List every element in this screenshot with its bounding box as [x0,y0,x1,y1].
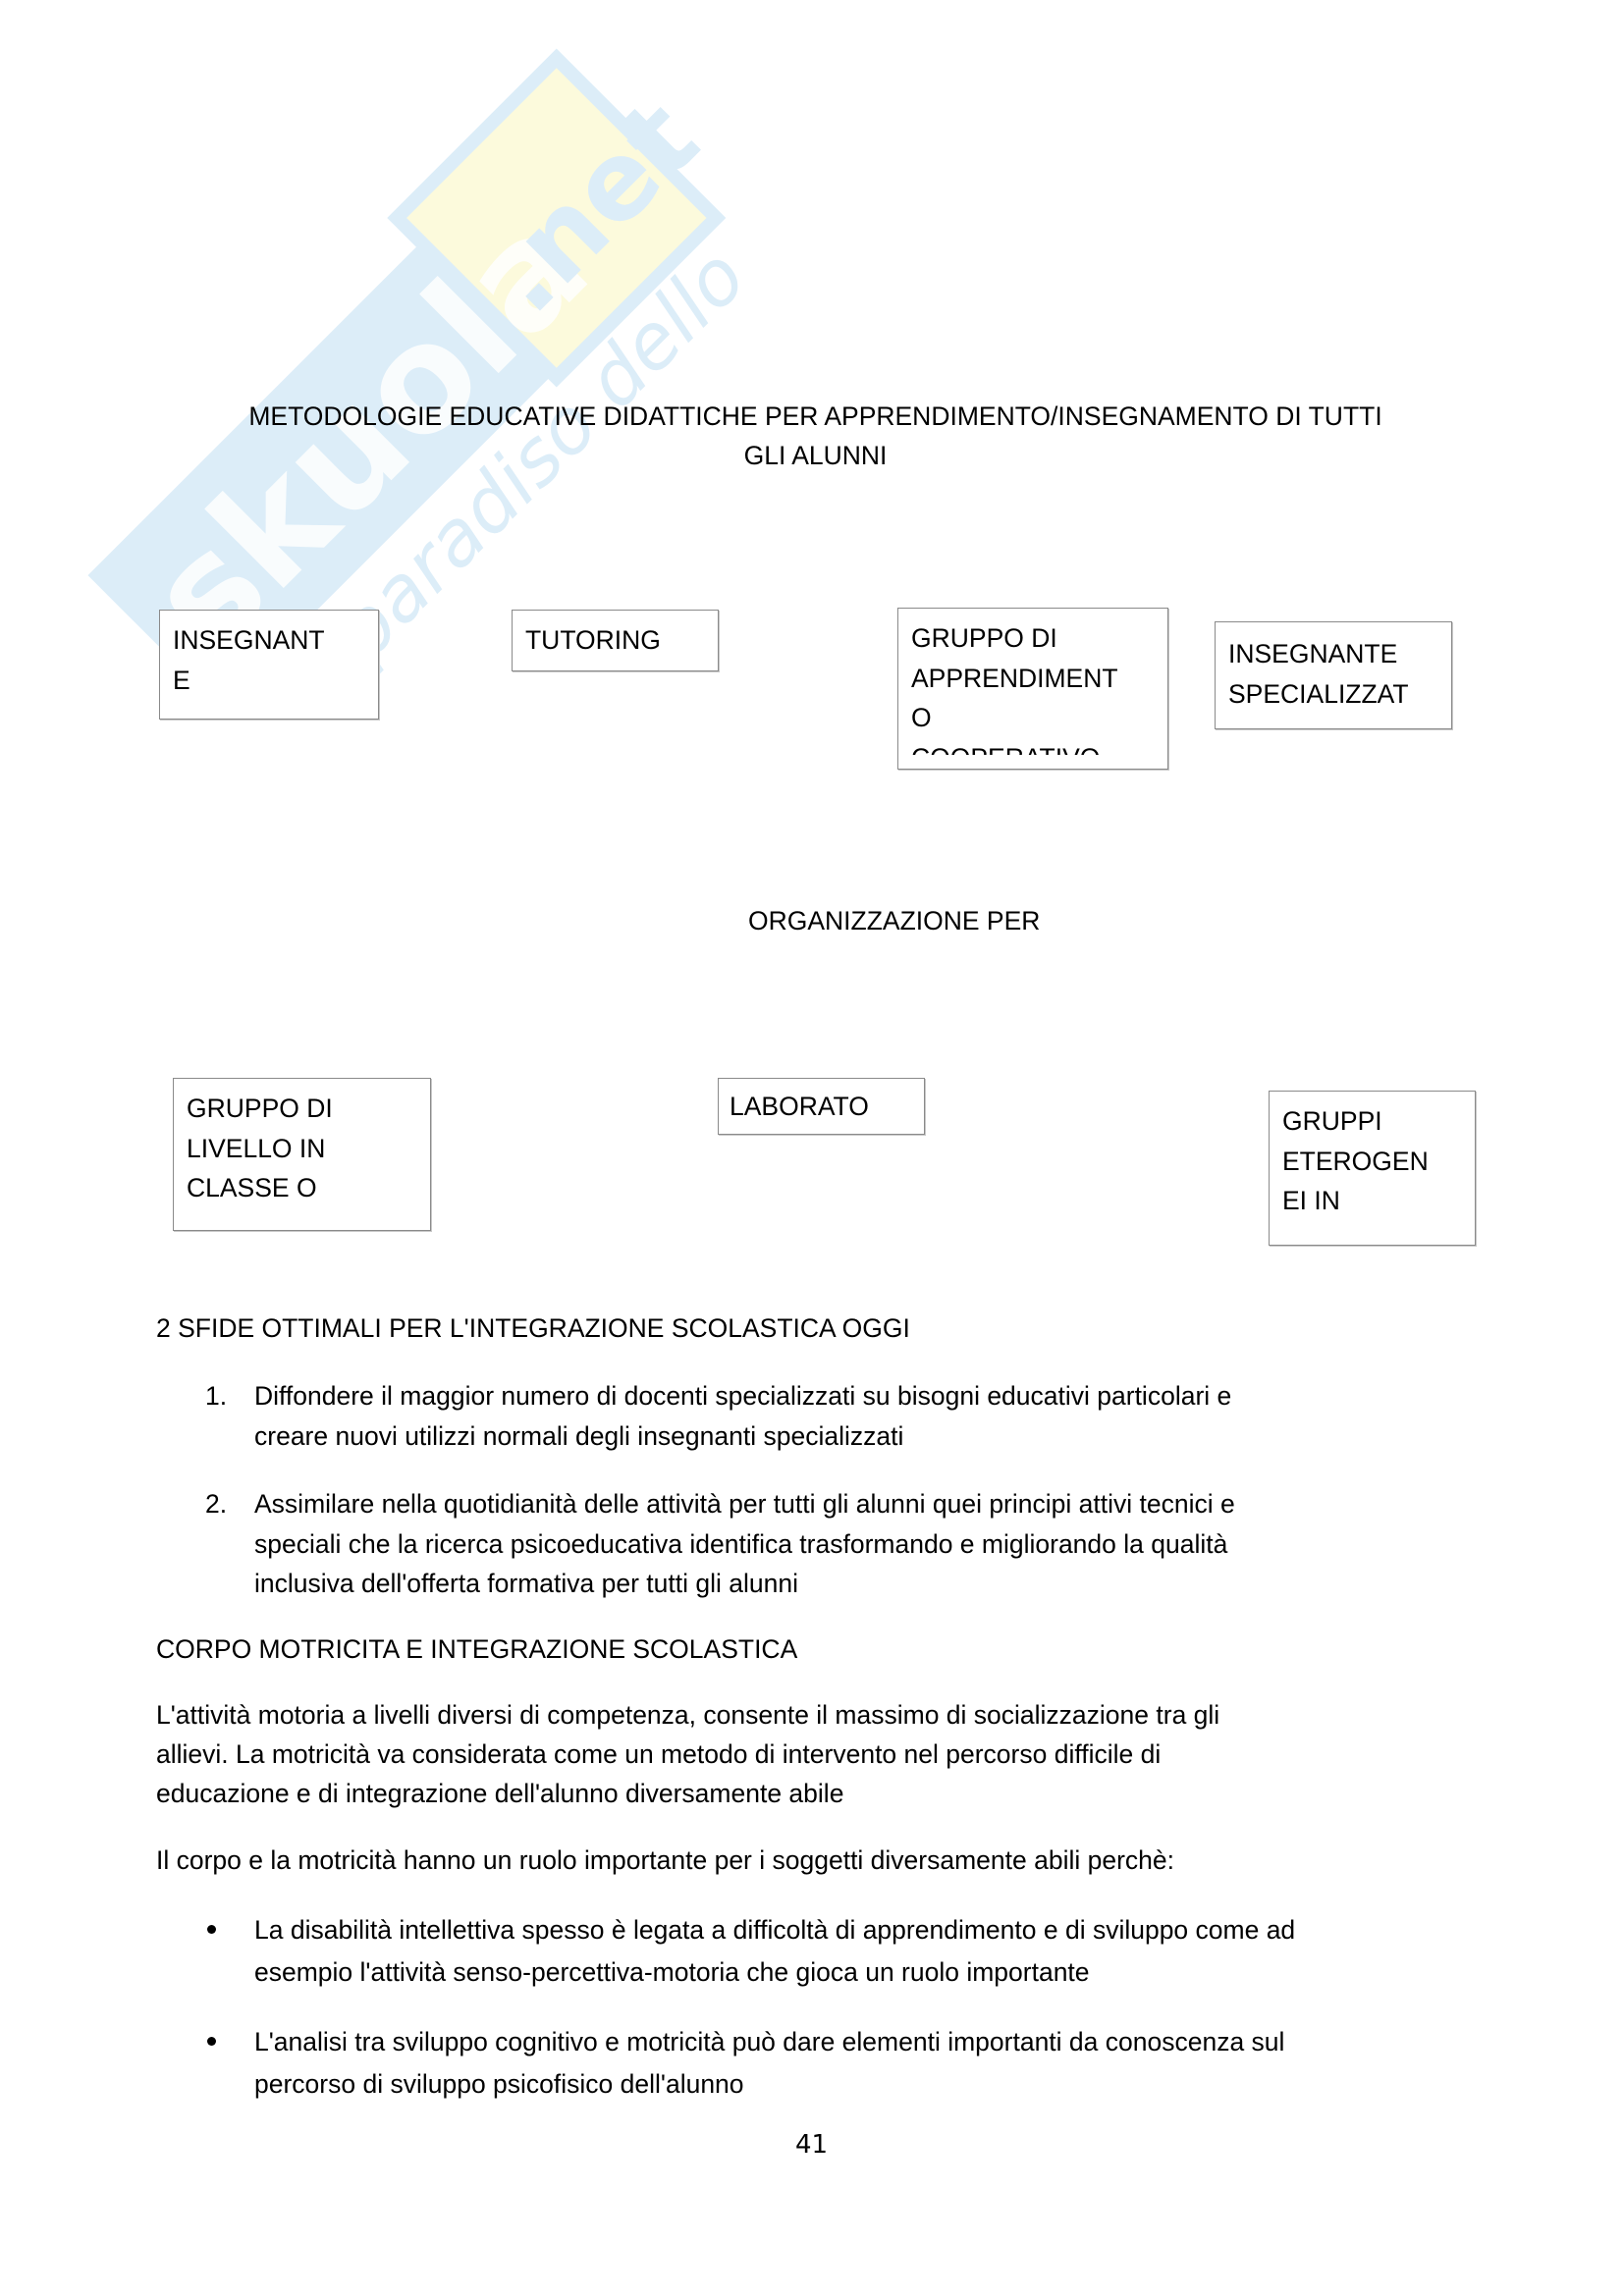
list-item-line: Diffondere il maggior numero di docenti … [254,1376,1511,1416]
box-line: LABORATO [730,1087,918,1122]
box-gruppo-livello: GRUPPO DI LIVELLO IN CLASSE O OLTRE [173,1078,431,1231]
box-line: EI IN [1282,1181,1469,1221]
paragraph-line: allievi. La motricità va considerata com… [156,1735,1219,1774]
box-line: ETEROGEN [1282,1142,1469,1182]
box-text: GRUPPO DI LIVELLO IN CLASSE O OLTRE [187,1089,424,1216]
box-line: E [173,661,372,701]
sfide-list: 1. Diffondere il maggior numero di docen… [156,1376,1511,1604]
box-text: GRUPPO DI APPRENDIMENT O COOPERATIVO [911,618,1162,755]
box-text: INSEGNANTE SPECIALIZZAT [1228,634,1445,717]
box-line: GRUPPO DI [911,618,1162,659]
list-item-line: Assimilare nella quotidianità delle atti… [254,1484,1511,1524]
paragraph-intro: Il corpo e la motricità hanno un ruolo i… [156,1841,1174,1880]
list-number: 2. [205,1484,227,1524]
list-item-line: esempio l'attività senso-percettiva-moto… [254,1951,1511,1994]
list-item: 2. Assimilare nella quotidianità delle a… [156,1484,1511,1604]
box-line: O [911,698,1162,738]
box-line: TUTORING [525,620,712,659]
box-line: OLTRE [187,1208,424,1217]
box-line: INSEGNANT [173,620,372,661]
section-heading-corpo: CORPO MOTRICITA E INTEGRAZIONE SCOLASTIC… [156,1629,797,1669]
organizzazione-label: ORGANIZZAZIONE PER [748,901,1040,940]
watermark-tld: .net [461,77,722,337]
paragraph-line: L'attività motoria a livelli diversi di … [156,1695,1219,1735]
page-title-line-1: METODOLOGIE EDUCATIVE DIDATTICHE PER APP… [156,397,1475,436]
list-number: 1. [205,1376,227,1416]
box-line: GRUPPO DI [187,1089,424,1129]
list-item-line: L'analisi tra sviluppo cognitivo e motri… [254,2021,1511,2063]
box-insegnante-specializzato: INSEGNANTE SPECIALIZZAT [1215,621,1452,729]
box-line: CLASSE [1282,1221,1469,1232]
list-item: La disabilità intellettiva spesso è lega… [156,1909,1511,1994]
box-text: TUTORING [525,620,712,659]
watermark-square [397,58,716,377]
box-line: INSEGNANTE [1228,634,1445,674]
page-number: 41 [0,2130,1623,2160]
box-gruppo-apprendimento-cooperativo: GRUPPO DI APPRENDIMENT O COOPERATIVO [897,608,1168,770]
list-item: 1. Diffondere il maggior numero di docen… [156,1376,1511,1456]
list-item-line: inclusiva dell'offerta formativa per tut… [254,1564,1511,1604]
box-text: INSEGNANT E [173,620,372,707]
box-line: GRUPPI [1282,1101,1469,1142]
box-line: SPECIALIZZAT [1228,674,1445,715]
box-laboratorio: LABORATO [718,1078,925,1135]
section-heading-sfide: 2 SFIDE OTTIMALI PER L'INTEGRAZIONE SCOL… [156,1308,910,1348]
paragraph-attivita-motoria: L'attività motoria a livelli diversi di … [156,1695,1219,1813]
box-line: CLASSE O [187,1168,424,1208]
box-text: GRUPPI ETEROGEN EI IN CLASSE [1282,1101,1469,1231]
box-line: APPRENDIMENT [911,659,1162,699]
list-item: L'analisi tra sviluppo cognitivo e motri… [156,2021,1511,2106]
bullet-icon [207,2037,216,2046]
box-gruppi-eterogenei: GRUPPI ETEROGEN EI IN CLASSE [1269,1091,1476,1246]
list-item-line: percorso di sviluppo psicofisico dell'al… [254,2063,1511,2106]
box-line: LIVELLO IN [187,1129,424,1169]
list-item-line: speciali che la ricerca psicoeducativa i… [254,1524,1511,1565]
page-title-line-2: GLI ALUNNI [156,436,1475,475]
paragraph-line: educazione e di integrazione dell'alunno… [156,1774,1219,1813]
box-tutoring: TUTORING [512,610,719,671]
list-item-line: La disabilità intellettiva spesso è lega… [254,1909,1511,1951]
box-insegnante: INSEGNANT E [159,610,379,720]
box-text: LABORATO [730,1087,918,1122]
bullet-list: La disabilità intellettiva spesso è lega… [156,1909,1511,2106]
bullet-icon [207,1925,216,1934]
box-line: COOPERATIVO [911,738,1162,756]
list-item-line: creare nuovi utilizzi normali degli inse… [254,1416,1511,1457]
